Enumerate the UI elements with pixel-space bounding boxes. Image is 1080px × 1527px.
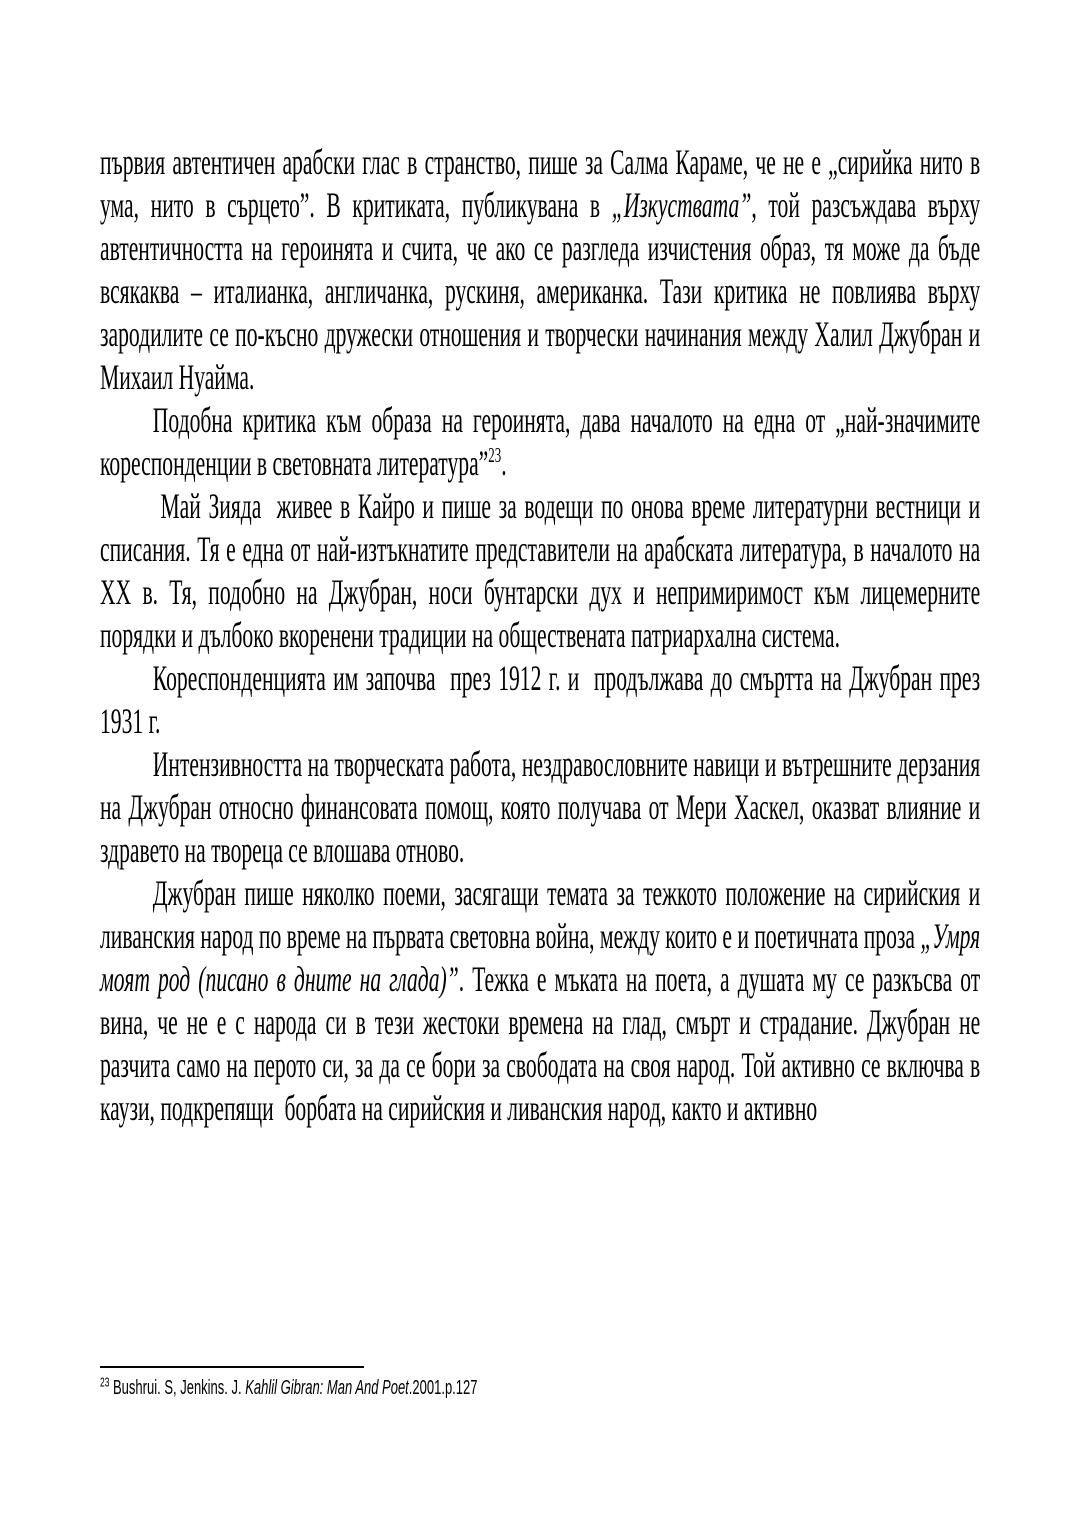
body-text: първия автентичен арабски глас в странст… bbox=[100, 141, 980, 1130]
paragraph: Май Зияда живее в Кайро и пише за водещи… bbox=[100, 485, 980, 657]
footnote-marker: 23 bbox=[100, 1374, 109, 1389]
paragraph: първия автентичен арабски глас в странст… bbox=[100, 141, 980, 399]
document-page: първия автентичен арабски глас в странст… bbox=[0, 0, 1080, 1527]
paragraph: Подобна критика към образа на героинята,… bbox=[100, 399, 980, 485]
text-run: .2001.p.127 bbox=[409, 1377, 478, 1399]
text-run: „Изкуствата” bbox=[612, 185, 752, 225]
footnote-separator bbox=[100, 1366, 364, 1368]
text-run: Kahlil Gibran: Man And Poet bbox=[245, 1377, 409, 1399]
text-run: Интензивността на творческата работа, не… bbox=[100, 744, 986, 870]
text-run: Май Зияда живее в Кайро и пише за водещи… bbox=[100, 486, 986, 655]
paragraph: Джубран пише няколко поеми, засягащи тем… bbox=[100, 872, 980, 1130]
footnote-text: Bushrui. S, Jenkins. J. Kahlil Gibran: M… bbox=[109, 1377, 477, 1399]
text-run: Подобна критика към образа на героинята,… bbox=[100, 400, 986, 483]
text-run: Кореспонденцията им започва през 1912 г.… bbox=[100, 658, 986, 741]
footnote: 23 Bushrui. S, Jenkins. J. Kahlil Gibran… bbox=[100, 1375, 980, 1402]
text-run: Джубран пише няколко поеми, засягащи тем… bbox=[100, 873, 986, 956]
footnote-reference: 23 bbox=[488, 443, 501, 467]
paragraph: Интензивността на творческата работа, не… bbox=[100, 743, 980, 872]
text-run: Bushrui. S, Jenkins. J. bbox=[109, 1377, 245, 1399]
text-run: . bbox=[501, 443, 506, 483]
paragraph: Кореспонденцията им започва през 1912 г.… bbox=[100, 657, 980, 743]
